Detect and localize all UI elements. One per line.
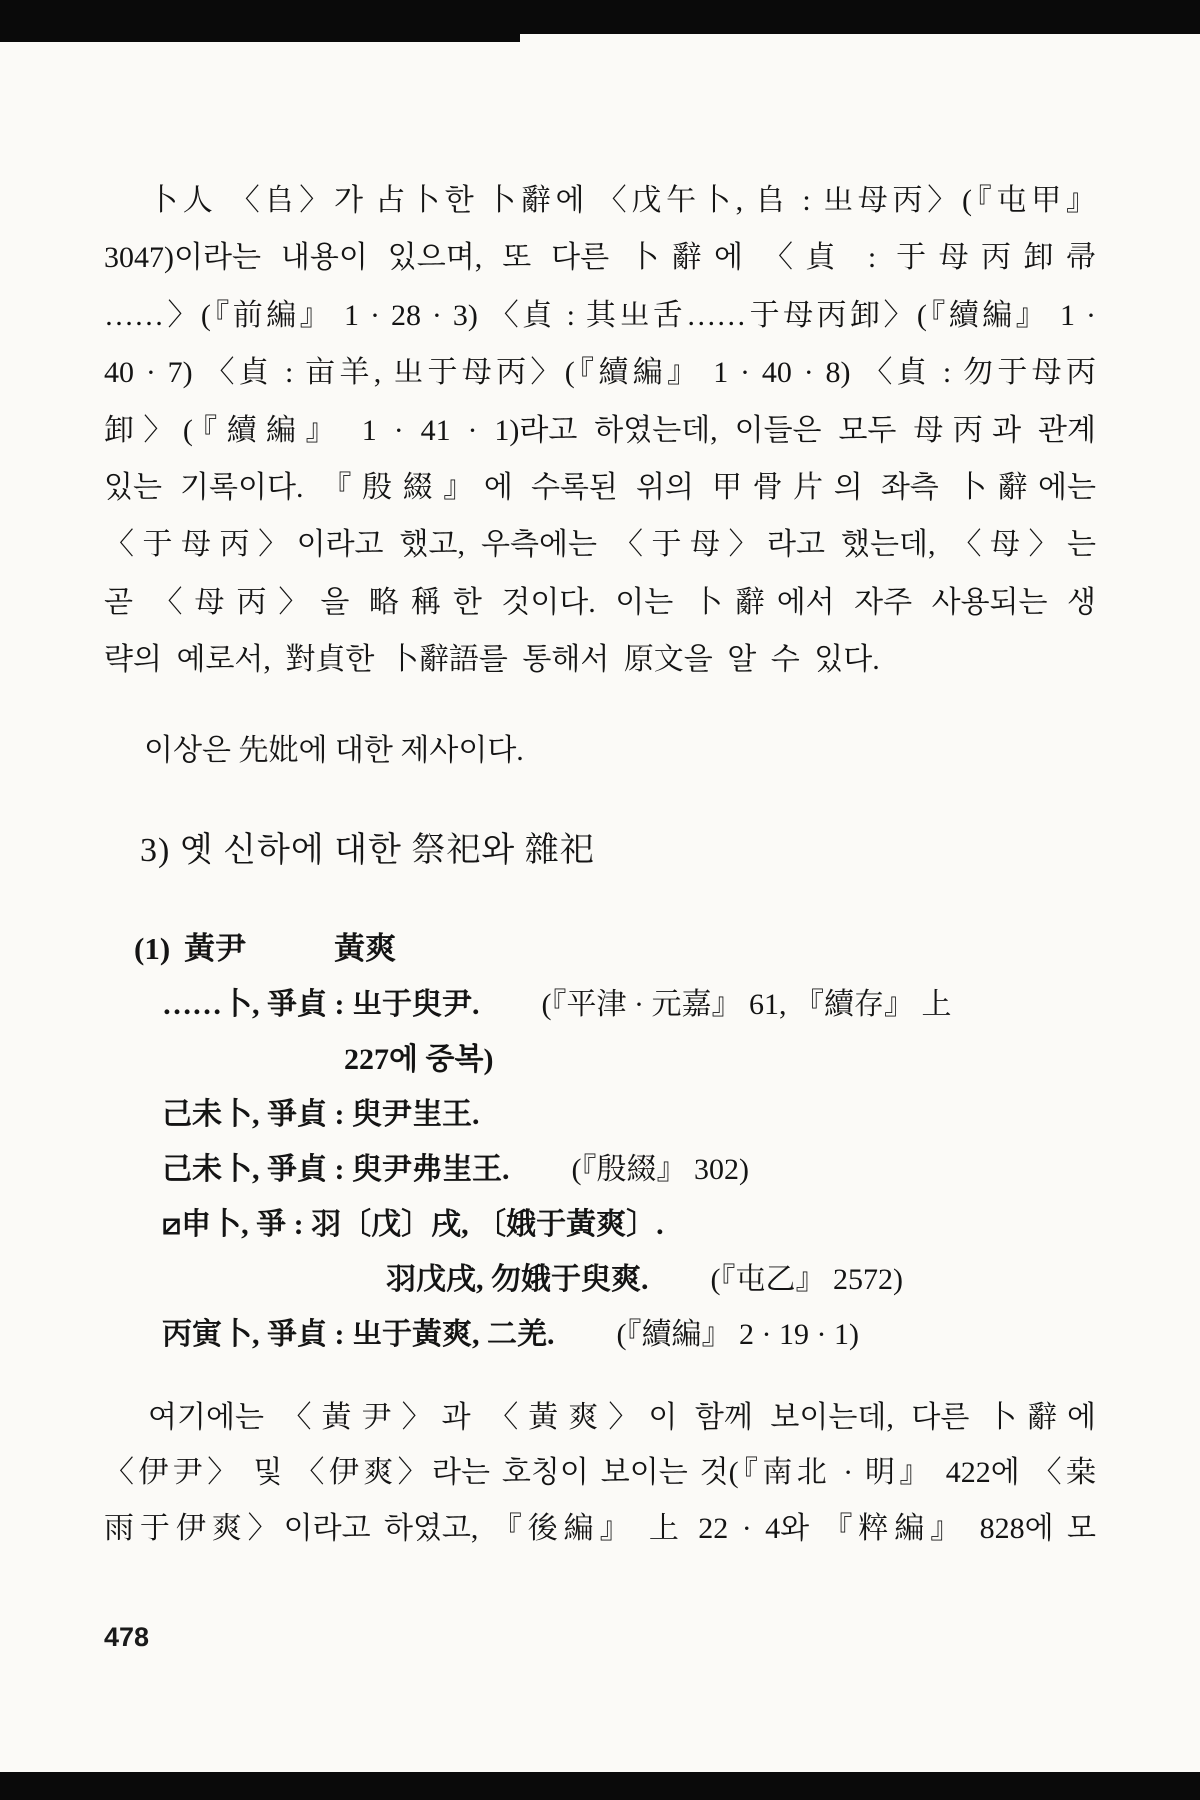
quote-citation: (『殷綴』 302) (572, 1153, 749, 1186)
quote-text: 己未卜, 爭貞 : 臾尹㞷王. (162, 1098, 480, 1131)
quote-line: ……卜, 爭貞 : 㞢于臾尹.(『平津 · 元嘉』 61, 『續存』 上 (104, 977, 1096, 1032)
subsection-term-huangshuang: 黃爽 (334, 931, 396, 966)
scan-artifact-bottom-bar (0, 1772, 1200, 1800)
paragraph-line: 3047)이라는 내용이 있으며, 또 다른 卜辭에 〈貞 : 于母丙卸帚 (104, 229, 1096, 286)
paragraph-line: ……〉(『前編』 1 · 28 · 3) 〈貞 : 其㞢舌……于母丙卸〉(『續編… (104, 287, 1096, 344)
paragraph-line: 卸〉(『續編』 1 · 41 · 1)라고 하였는데, 이들은 모두 母丙과 관… (104, 402, 1096, 459)
quote-citation: (『屯乙』 2572) (711, 1263, 903, 1296)
paragraph-line: 있는 기록이다. 『殷綴』에 수록된 위의 甲骨片의 좌측 卜辭에는 (104, 459, 1096, 516)
quote-text: 己未卜, 爭貞 : 臾尹弗㞷王. (162, 1153, 510, 1186)
section-heading: 3) 옛 신하에 대한 祭祀와 雜祀 (104, 820, 1132, 882)
paragraph-huangyin-discussion: 여기에는 〈黃尹〉과 〈黃爽〉이 함께 보이는데, 다른 卜辭에 〈伊尹〉 및 … (104, 1390, 1096, 1556)
quote-citation: (『平津 · 元嘉』 61, 『續存』 上 (542, 988, 952, 1021)
quote-text: 羽戊戌, 勿娥于臾爽. (386, 1263, 649, 1296)
quote-text: ……卜, 爭貞 : 㞢于臾尹. (162, 988, 480, 1021)
paragraph-mother-bing: 卜人 〈𠂤〉가 占卜한 卜辭에 〈戊午卜, 𠂤 : 㞢母丙〉(『屯甲』 3047… (104, 172, 1096, 689)
quote-line: 己未卜, 爭貞 : 臾尹弗㞷王.(『殷綴』 302) (104, 1142, 1096, 1197)
oracle-quotations: ……卜, 爭貞 : 㞢于臾尹.(『平津 · 元嘉』 61, 『續存』 上 227… (104, 977, 1096, 1362)
paragraph-line: 40 · 7) 〈貞 : 亩羊, 㞢于母丙〉(『續編』 1 · 40 · 8) … (104, 344, 1096, 401)
paragraph-line: 雨于伊爽〉이라고 하였고, 『後編』 上 22 · 4와 『粹編』 828에 모 (104, 1501, 1096, 1556)
paragraph-line: 략의 예로서, 對貞한 卜辭語를 통해서 原文을 알 수 있다. (104, 631, 1096, 688)
subsection-term-huangyin: 黃尹 (184, 931, 246, 966)
paragraph-line: 卜人 〈𠂤〉가 占卜한 卜辭에 〈戊午卜, 𠂤 : 㞢母丙〉(『屯甲』 (104, 172, 1096, 229)
paragraph-line: 여기에는 〈黃尹〉과 〈黃爽〉이 함께 보이는데, 다른 卜辭에 (104, 1390, 1096, 1445)
paragraph-line: 곧 〈母丙〉을 略稱한 것이다. 이는 卜辭에서 자주 사용되는 생 (104, 574, 1096, 631)
quote-citation: (『續編』 2 · 19 · 1) (617, 1318, 859, 1351)
quote-line: 丙寅卜, 爭貞 : 㞢于黃爽, 二羌.(『續編』 2 · 19 · 1) (104, 1307, 1096, 1362)
quote-line: 己未卜, 爭貞 : 臾尹㞷王. (104, 1087, 1096, 1142)
subsection-title: (1)黃尹黃爽 (104, 920, 1126, 977)
paragraph-line: 〈于母丙〉이라고 했고, 우측에는 〈于母〉라고 했는데, 〈母〉는 (104, 516, 1096, 573)
quote-text: 丙寅卜, 爭貞 : 㞢于黃爽, 二羌. (162, 1318, 555, 1351)
quote-line-continuation: 227에 중복) (104, 1032, 1096, 1087)
paragraph-line: 〈伊尹〉 및 〈伊爽〉라는 호칭이 보이는 것(『南北 · 明』 422에 〈桒 (104, 1445, 1096, 1500)
quote-text: 227에 중복) (344, 1043, 493, 1076)
subsection-number: (1) (134, 931, 170, 966)
quote-line: ⧄申卜, 爭 : 羽〔戊〕戌, 〔娥于黃爽〕. (104, 1197, 1096, 1252)
book-page: 卜人 〈𠂤〉가 占卜한 卜辭에 〈戊午卜, 𠂤 : 㞢母丙〉(『屯甲』 3047… (0, 0, 1200, 1800)
scan-artifact-top-left-bar (0, 0, 520, 42)
page-number: 478 (104, 1622, 149, 1653)
closing-sentence: 이상은 先妣에 대한 제사이다. (104, 722, 1136, 779)
quote-line: 羽戊戌, 勿娥于臾爽.(『屯乙』 2572) (104, 1252, 1096, 1307)
quote-text: ⧄申卜, 爭 : 羽〔戊〕戌, 〔娥于黃爽〕. (162, 1208, 664, 1241)
